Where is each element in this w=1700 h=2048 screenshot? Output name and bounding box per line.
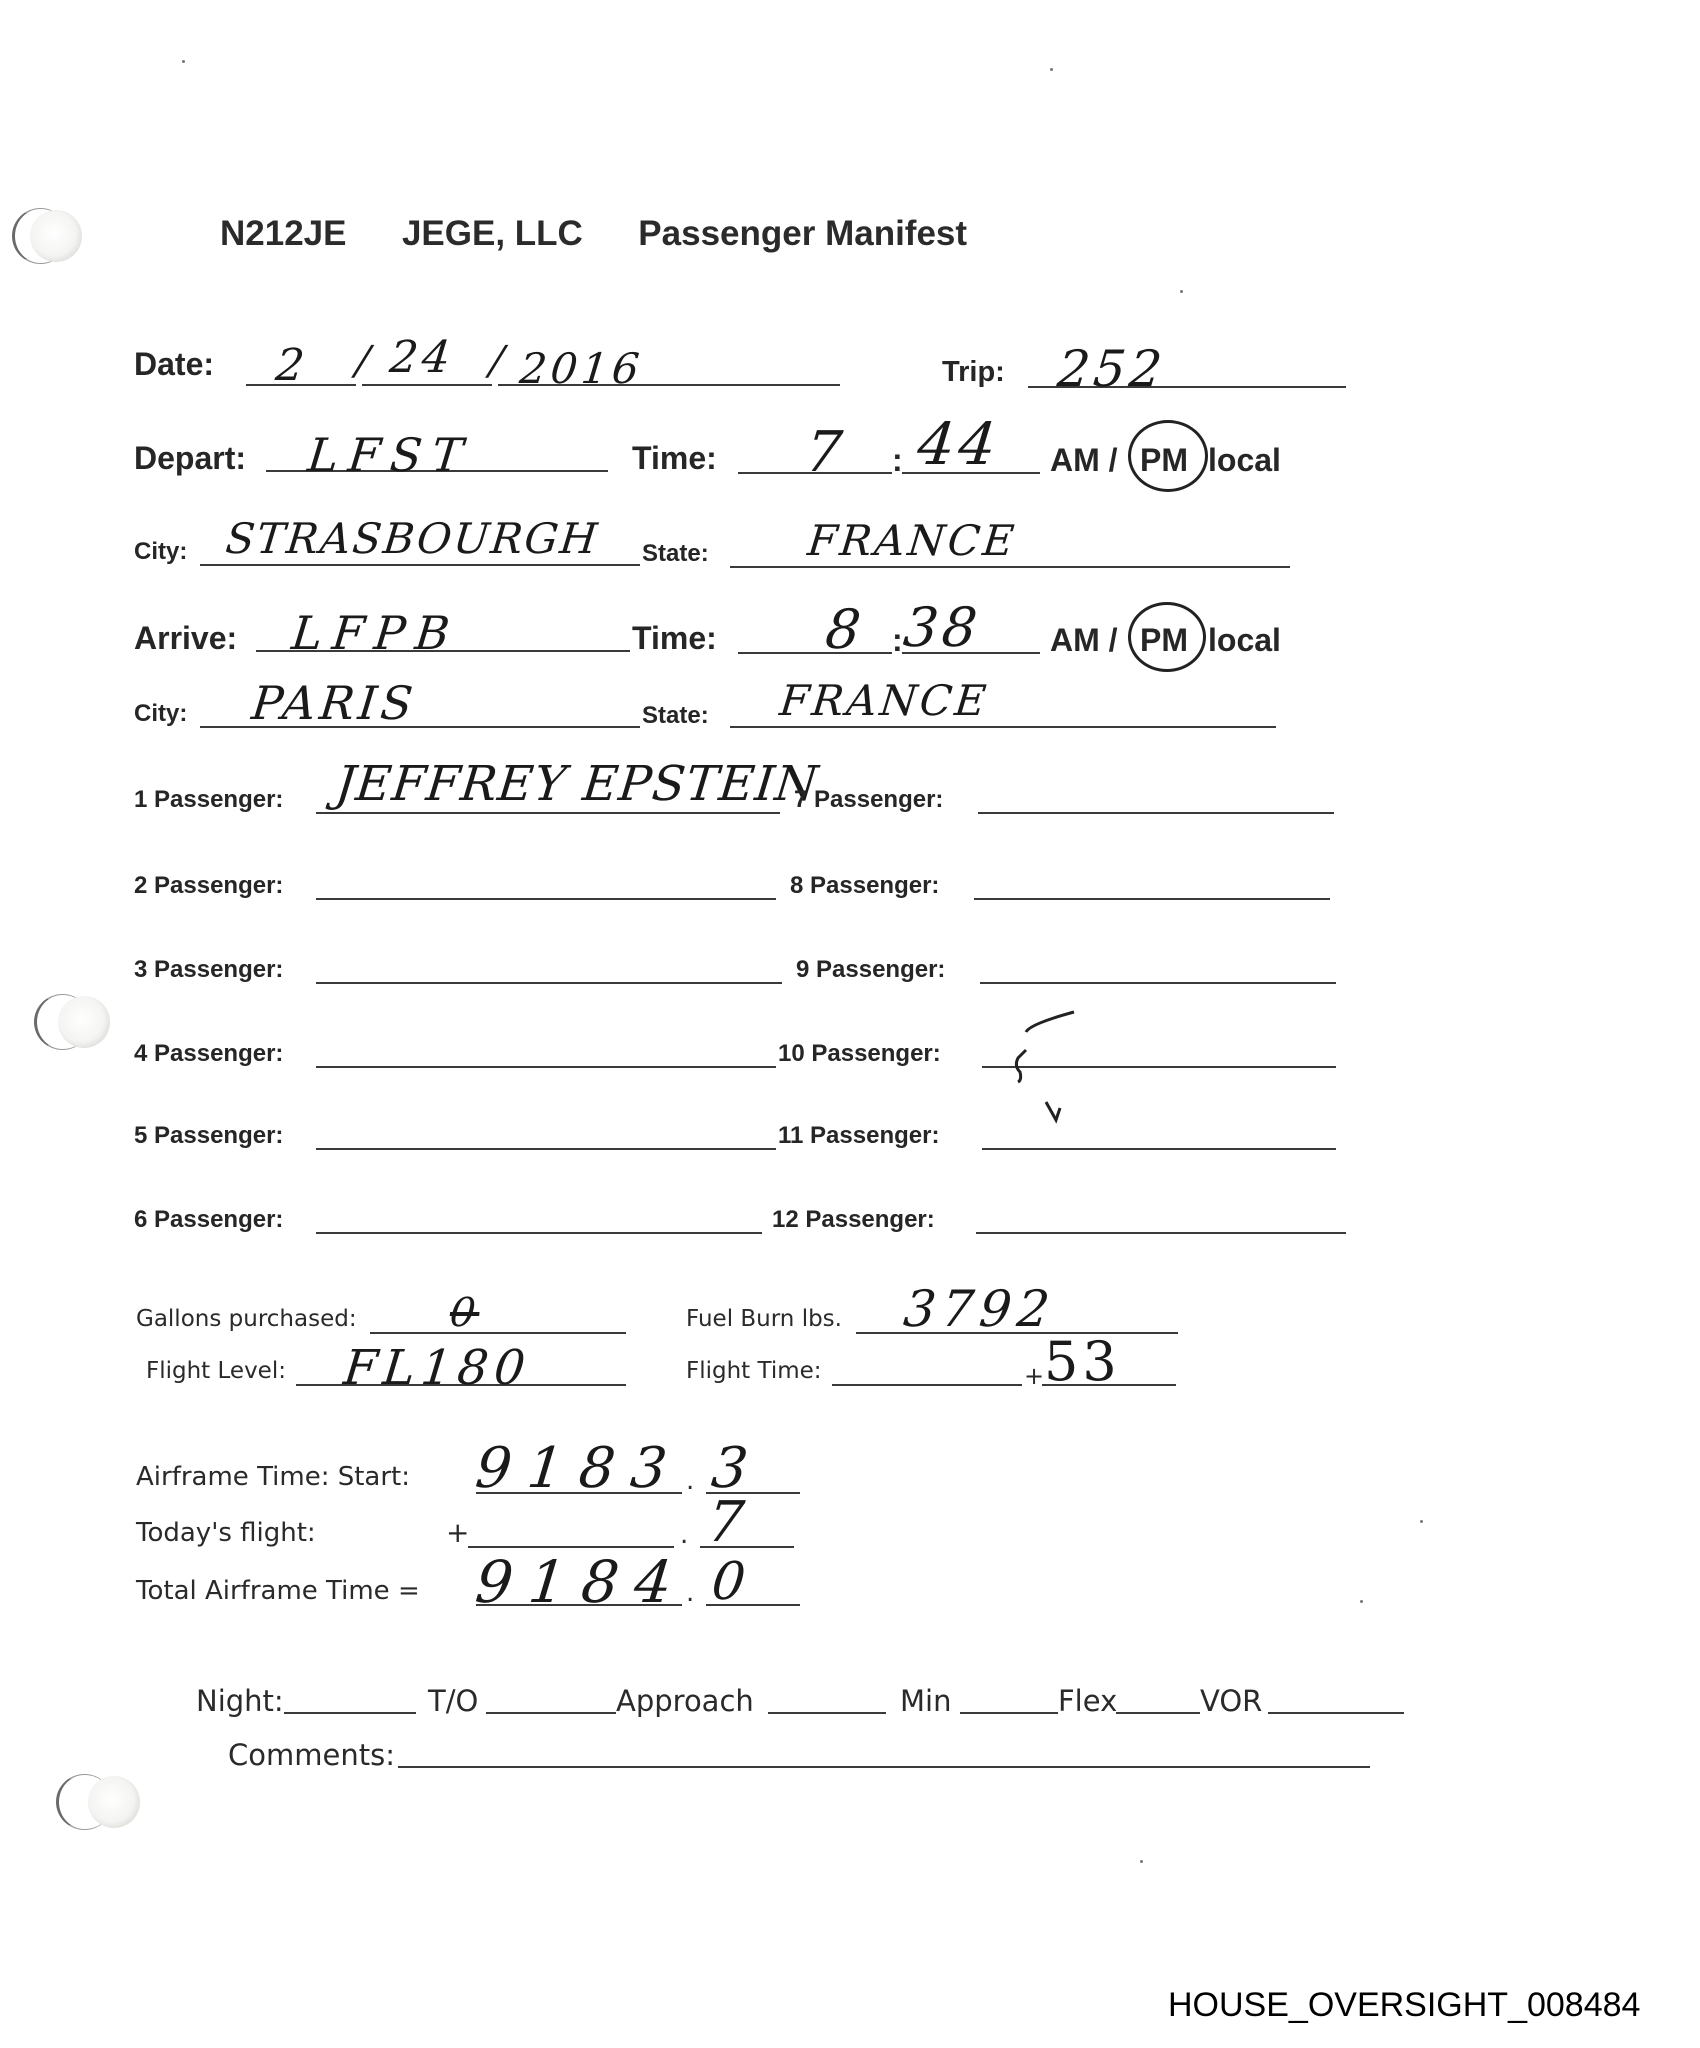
arrive-city-field[interactable]: PARIS: [249, 676, 419, 730]
date-day-field[interactable]: 24: [387, 332, 456, 383]
passenger-9-label: 9 Passenger:: [796, 956, 945, 984]
arrive-minute-field[interactable]: 38: [901, 596, 984, 659]
arrive-label: Arrive:: [134, 620, 237, 657]
min-label: Min: [900, 1684, 951, 1718]
binder-hole-bottom: [88, 1776, 140, 1828]
arrive-hour-field[interactable]: 8: [823, 598, 868, 661]
gallons-purchased-label: Gallons purchased:: [136, 1306, 357, 1332]
todays-flight-dot: .: [680, 1520, 688, 1550]
date-day-line: [362, 384, 492, 386]
depart-state-field[interactable]: FRANCE: [805, 516, 1019, 565]
flight-level-field[interactable]: FL180: [341, 1340, 534, 1396]
passenger-1-label: 1 Passenger:: [134, 786, 283, 814]
date-separator: /: [354, 338, 372, 384]
arrive-am-label[interactable]: AM /: [1050, 622, 1118, 659]
binder-hole-middle: [58, 996, 110, 1048]
depart-city-line: [200, 564, 640, 566]
passenger-3-line: [316, 982, 782, 984]
to-field[interactable]: [486, 1712, 616, 1714]
passenger-6-label: 6 Passenger:: [134, 1206, 283, 1234]
date-year-field[interactable]: 2016: [517, 344, 645, 393]
airframe-start-dot: .: [686, 1466, 694, 1496]
flight-time-field[interactable]: 53: [1044, 1330, 1121, 1393]
scan-speck: [1180, 290, 1183, 293]
passenger-12-line: [976, 1232, 1346, 1234]
depart-airport-field[interactable]: LFST: [305, 428, 475, 482]
todays-flight-label: Today's flight:: [136, 1518, 316, 1548]
todays-flight-plus: +: [446, 1516, 469, 1549]
arrive-local-label: local: [1208, 622, 1281, 659]
comments-label: Comments:: [228, 1738, 395, 1772]
depart-time-label: Time:: [632, 440, 717, 477]
trip-number-field[interactable]: 252: [1055, 340, 1169, 398]
form-header: N212JE JEGE, LLC Passenger Manifest: [220, 214, 967, 254]
binder-hole-top: [30, 210, 82, 262]
passenger-7-line: [978, 812, 1334, 814]
depart-label: Depart:: [134, 440, 246, 477]
passenger-11-label: 11 Passenger:: [778, 1122, 939, 1150]
depart-minute-field[interactable]: 44: [914, 410, 1003, 478]
total-airframe-label: Total Airframe Time =: [136, 1576, 420, 1606]
total-airframe-dot: .: [686, 1578, 694, 1608]
form-title: Passenger Manifest: [638, 214, 967, 253]
passenger-8-line: [974, 898, 1330, 900]
fuel-burn-field[interactable]: 3792: [901, 1280, 1058, 1338]
night-label: Night:: [196, 1684, 284, 1718]
approach-label: Approach: [616, 1684, 754, 1718]
min-field[interactable]: [960, 1712, 1058, 1714]
passenger-2-label: 2 Passenger:: [134, 872, 283, 900]
passenger-4-label: 4 Passenger:: [134, 1040, 283, 1068]
comments-field[interactable]: [398, 1766, 1370, 1768]
arrive-city-label: City:: [134, 700, 187, 728]
date-label: Date:: [134, 346, 214, 383]
scan-speck: [1360, 1600, 1363, 1603]
scan-speck: [1140, 1860, 1143, 1863]
vor-label: VOR: [1200, 1684, 1262, 1718]
flex-field[interactable]: [1116, 1712, 1200, 1714]
passenger-11-line: [982, 1148, 1336, 1150]
night-field[interactable]: [284, 1712, 416, 1714]
fuel-burn-label: Fuel Burn lbs.: [686, 1306, 842, 1332]
depart-state-label: State:: [642, 540, 709, 568]
passenger-2-line: [316, 898, 776, 900]
arrive-time-label: Time:: [632, 620, 717, 657]
scan-speck: [182, 60, 185, 63]
passenger-9-line: [980, 982, 1336, 984]
company-name: JEGE, LLC: [402, 214, 583, 253]
total-airframe-whole-field[interactable]: 9184: [472, 1548, 691, 1616]
arrive-state-field[interactable]: FRANCE: [777, 676, 991, 725]
trip-label: Trip:: [942, 356, 1005, 389]
passenger-8-label: 8 Passenger:: [790, 872, 939, 900]
date-month-field[interactable]: 2: [273, 340, 310, 391]
depart-hour-field[interactable]: 7: [803, 420, 849, 485]
to-label: T/O: [428, 1684, 478, 1718]
depart-am-label[interactable]: AM /: [1050, 442, 1118, 479]
approach-field[interactable]: [768, 1712, 886, 1714]
stray-pen-mark: [1000, 1010, 1080, 1130]
depart-state-line: [730, 566, 1290, 568]
passenger-10-label: 10 Passenger:: [778, 1040, 941, 1068]
passenger-12-label: 12 Passenger:: [772, 1206, 935, 1234]
passenger-3-label: 3 Passenger:: [134, 956, 283, 984]
scan-speck: [1420, 1520, 1423, 1523]
depart-city-field[interactable]: STRASBOURGH: [223, 514, 601, 563]
passenger-1-field[interactable]: JEFFREY EPSTEIN: [333, 756, 821, 812]
flight-level-label: Flight Level:: [146, 1358, 286, 1384]
passenger-5-label: 5 Passenger:: [134, 1122, 283, 1150]
passenger-7-label: 7 Passenger:: [794, 786, 943, 814]
passenger-6-line: [316, 1232, 762, 1234]
flight-time-hours-line: [832, 1384, 1022, 1386]
flex-label: Flex: [1058, 1684, 1117, 1718]
passenger-4-line: [316, 1066, 776, 1068]
vor-field[interactable]: [1268, 1712, 1404, 1714]
passenger-5-line: [316, 1148, 776, 1150]
bates-number: HOUSE_OVERSIGHT_008484: [1168, 1986, 1640, 2025]
arrive-state-line: [730, 726, 1276, 728]
depart-local-label: local: [1208, 442, 1281, 479]
gallons-purchased-line: [370, 1332, 626, 1334]
arrive-state-label: State:: [642, 702, 709, 730]
arrive-hour-line: [738, 652, 892, 654]
scan-speck: [1050, 68, 1053, 71]
flight-time-label: Flight Time:: [686, 1358, 822, 1384]
depart-pm-selected-circle: [1128, 420, 1208, 492]
airframe-start-whole-field[interactable]: 9183: [473, 1436, 686, 1501]
depart-city-label: City:: [134, 538, 187, 566]
airframe-start-label: Airframe Time: Start:: [136, 1462, 410, 1492]
arrive-pm-selected-circle: [1128, 602, 1206, 672]
tail-number: N212JE: [220, 214, 346, 253]
passenger-1-line: [316, 812, 780, 814]
todays-flight-decimal-field[interactable]: 7: [705, 1490, 751, 1555]
arrive-airport-field[interactable]: LFPB: [289, 606, 462, 660]
date-separator: /: [488, 338, 506, 384]
total-airframe-decimal-field[interactable]: 0: [709, 1552, 752, 1612]
gallons-purchased-field[interactable]: 0: [448, 1290, 482, 1336]
